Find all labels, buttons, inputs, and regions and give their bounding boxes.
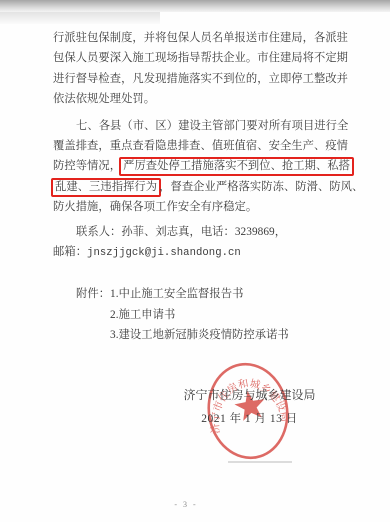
document-body: 行派驻包保制度，并将包保人员名单报送市住建局，各派驻 包保人员要深入施工现场指导… [53,28,351,345]
body-line-with-highlight: 防控等情况，严厉查处停工措施落实不到位、抢工期、私搭 [53,156,351,176]
document-page: 行派驻包保制度，并将包保人员名单报送市住建局，各派驻 包保人员要深入施工现场指导… [0,0,390,522]
attachment-item-2: 2.施工申请书 [53,305,351,325]
attachment-item-1: 1.中止施工安全监督报告书 [110,288,243,300]
attachment-line: 附件：1.中止施工安全监督报告书 [53,284,351,304]
contact-info: 联系人：孙菲、刘志真，电话：3239869， 邮箱：jnszjjgck@ji.s… [53,222,351,263]
body-line-with-highlight: 乱建、三违指挥行为，督查企业严格落实防冻、防滑、防风、 [53,177,351,197]
body-line: 进行督导检查，凡发现措施落实不到位的，立即停工整改并 [53,69,351,89]
red-highlight-box-2: 乱建、三违指挥行为 [51,178,161,197]
attachments-list: 附件：1.中止施工安全监督报告书 2.施工申请书 3.建设工地新冠肺炎疫情防控承… [53,284,351,345]
attachment-item-3: 3.建设工地新冠肺炎疫情防控承诺书 [53,325,351,345]
body-line: 七、各县（市、区）建设主管部门要对所有项目进行全 [53,116,351,136]
issue-date: 2021 年 1 月 13 日 [167,410,332,426]
body-text-segment: ，督查企业严格落实防冻、防滑、防风、 [159,181,363,193]
paragraph-item-seven: 七、各县（市、区）建设主管部门要对所有项目进行全 覆盖排查，重点查看隐患排查、值… [53,116,351,218]
scan-edge-artifact-secondary [0,12,160,24]
body-line: 依法依规处理处罚。 [53,89,351,109]
email-label: 邮箱： [53,246,87,258]
body-line: 覆盖排查，重点查看隐患排查、值班值宿、安全生产、疫情 [53,136,351,156]
page-number: - 3 - [0,500,372,509]
contact-line-email: 邮箱：jnszjjgck@ji.shandong.cn [53,242,351,262]
body-text-segment: 防控等情况， [53,160,121,172]
attachments-label: 附件： [76,288,110,300]
body-line: 行派驻包保制度，并将包保人员名单报送市住建局，各派驻 [53,28,351,48]
body-line: 包保人员要深入施工现场指导帮扶企业。市住建局将不定期 [53,48,351,68]
paragraph-continuation: 行派驻包保制度，并将包保人员名单报送市住建局，各派驻 包保人员要深入施工现场指导… [53,28,351,110]
body-line: 防火措施，确保各项工作安全有序稳定。 [53,197,351,217]
email-address: jnszjjgck@ji.shandong.cn [87,247,241,259]
signature-block: 济宁市住房与城乡建设局 2021 年 1 月 13 日 [167,386,332,426]
issuing-organization: 济宁市住房与城乡建设局 [167,386,332,403]
red-highlight-box-1: 严厉查处停工措施落实不到位、抢工期、私搭 [119,157,354,176]
contact-line-persons-phone: 联系人：孙菲、刘志真，电话：3239869， [53,222,351,242]
scan-edge-artifact [0,0,390,12]
